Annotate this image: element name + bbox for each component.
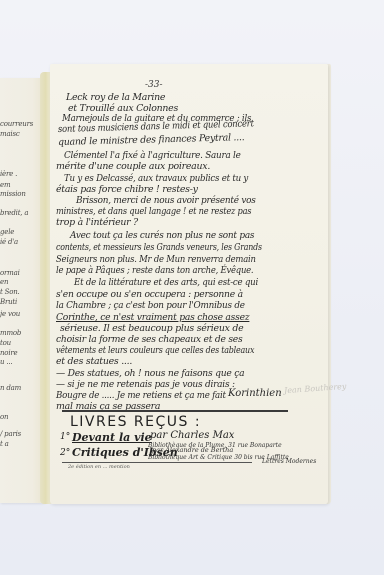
book-note: Lettres Modernes — [262, 458, 316, 465]
books-received-heading: LIVRES REÇUS : — [70, 414, 201, 430]
handwritten-line: Clémentel l'a fixé à l'agriculture. Saur… — [64, 150, 241, 161]
left-page-line: on — [0, 413, 8, 421]
handwritten-line: vêtements et leurs couleurs que celles d… — [56, 345, 254, 356]
handwritten-line: — si je ne me retenais pas je vous dirai… — [56, 379, 235, 390]
left-page-line: en — [0, 278, 8, 286]
handwritten-line: étais pas force chibre ! restes-y — [56, 184, 198, 195]
divider-rule — [62, 462, 252, 463]
handwritten-line: sérieuse. Il est beaucoup plus sérieux d… — [60, 323, 243, 334]
handwritten-line: Et de la littérature et des arts, qui es… — [74, 277, 258, 288]
handwritten-line: Leck roy de la Marine — [66, 92, 165, 103]
left-page-line: gele — [0, 228, 14, 236]
handwritten-line: Avec tout ça les curés non plus ne sont … — [70, 230, 254, 241]
handwritten-line: ministres, et dans quel langage ! et ne … — [56, 206, 251, 217]
left-page-line: courreurs — [0, 120, 33, 128]
handwritten-line: Tu y es Delcassé, aux travaux publics et… — [64, 173, 248, 184]
handwritten-line: s'en occupe ou s'en occupera : personne … — [56, 289, 243, 300]
handwritten-line: Seigneurs non plus. Mr de Mun renverra d… — [56, 254, 256, 265]
book-author: par Charles Max — [150, 430, 234, 441]
handwritten-line: contents, et messieurs les Grands veneur… — [56, 242, 262, 253]
footnote: 2e édition en ... mention — [68, 464, 130, 470]
handwritten-line: choisir la forme de ses chapeaux et de s… — [56, 334, 242, 345]
handwritten-line: Corinthe, ce n'est vraiment pas chose as… — [56, 312, 249, 323]
left-page-line: t a — [0, 440, 9, 448]
book-author: par Alexandre de Bertha — [152, 446, 233, 454]
left-page-line: ormai — [0, 269, 20, 277]
left-page-line: noire — [0, 349, 17, 357]
book-number: 2° — [60, 448, 70, 458]
page-number: -33- — [145, 80, 163, 90]
handwritten-line: trop à l'intérieur ? — [56, 217, 138, 228]
left-page-line: em — [0, 181, 10, 189]
handwritten-line: Brisson, merci de nous avoir présenté vo… — [76, 195, 256, 206]
left-page-line: t Son. — [0, 288, 20, 296]
left-page-line: maisc — [0, 130, 20, 138]
left-page-line: je vou — [0, 310, 20, 318]
left-page-line: ière . — [0, 170, 17, 178]
left-page-line: tou — [0, 339, 11, 347]
left-page-line: Bruti — [0, 298, 17, 306]
left-page-line: / paris — [0, 430, 21, 438]
handwritten-line: la Chambre ; ça c'est bon pour l'Omnibus… — [56, 300, 245, 311]
handwritten-line: mérite d'une couple aux poireaux. — [56, 161, 210, 172]
divider-rule — [62, 410, 288, 412]
signature: Korinthien — [228, 388, 282, 399]
book-title: Devant la vie — [72, 431, 152, 444]
handwritten-line: — Des statues, oh ! nous ne faisons que … — [56, 368, 244, 379]
left-page-line: ié d'a — [0, 238, 18, 246]
left-page-line: u ... — [0, 358, 12, 366]
left-page-line: mission — [0, 190, 26, 198]
left-page-line: n dam — [0, 384, 21, 392]
handwritten-line: et des statues .... — [56, 356, 132, 367]
left-page-line: mmob — [0, 329, 21, 337]
handwritten-line: le pape à Pâques ; reste dans ton arche,… — [56, 265, 253, 276]
handwritten-line: Bougre de ..... Je me retiens et ça me f… — [56, 390, 226, 401]
book-number: 1° — [60, 432, 70, 442]
left-page-line: bredit, a — [0, 209, 28, 217]
